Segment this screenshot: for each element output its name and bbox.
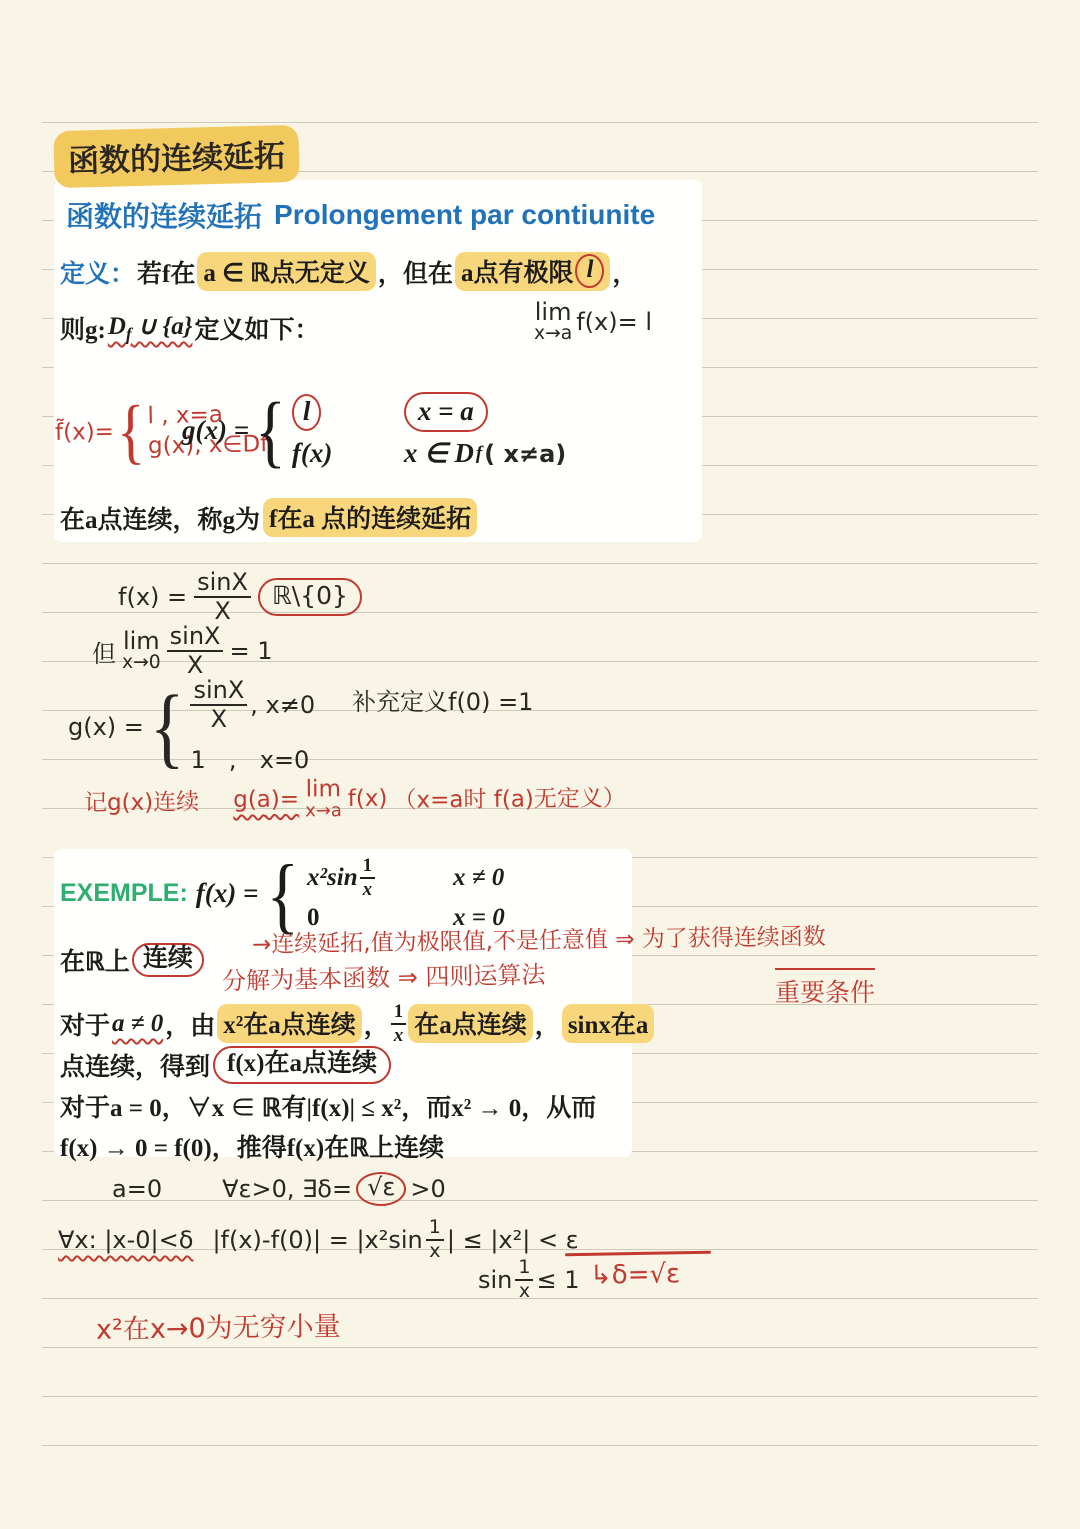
definition-highlight2: a点有极限 l [455, 252, 610, 291]
g-case1-fraction: sinX X [190, 678, 247, 732]
exemple-lhs: f(x) = [196, 878, 259, 909]
printed-piecewise-lhs: g(x) = [182, 415, 249, 446]
printed-case2-value: f(x) [292, 438, 404, 469]
limit-op-sub: x→a [534, 325, 572, 344]
g-piecewise: g(x) = { sinX X , x≠0 1ㅤ,ㅤx=0 [68, 678, 315, 775]
g-case2: 1ㅤ,ㅤx=0 [190, 740, 315, 775]
exemple-frac-den: x [363, 879, 373, 900]
g-piecewise-lhs: g(x) = [68, 713, 144, 741]
proof-a0: a=0 [112, 1175, 162, 1203]
g-case1: sinX X , x≠0 [190, 678, 315, 732]
red-note-f: f(x) [348, 786, 388, 812]
conclusion-a-line: 点连续，得到 f(x)在a点连续 [60, 1046, 391, 1084]
proof-line2: ∀x: |x-0|<δ |f(x)-f(0)| = |x²sin 1 x | ≤… [58, 1218, 579, 1262]
a-nonzero-seg1: 对于 [60, 1006, 110, 1042]
definition-line2-seg1: 则g: [60, 310, 106, 346]
l-circled: l [292, 394, 322, 431]
sinc-limit-value: = 1 [229, 637, 272, 665]
red-note-lim-op: lim [306, 778, 341, 801]
sin-bound-sin: sin [478, 1266, 512, 1294]
continuous-on-R: 在ℝ上 连续 [60, 942, 204, 978]
red-annotation-important: 重要条件 [775, 968, 875, 1009]
definition-label: 定义： [60, 254, 135, 290]
a-nonzero-frac-num: 1 [391, 1002, 407, 1025]
domain-union-underlined: Df ∪ {a} [108, 311, 193, 345]
definition-line2-seg2: 定义如下： [194, 310, 319, 346]
proof-wavy: ∀x: |x-0|<δ [58, 1226, 193, 1254]
proof-fraction: 1 x [426, 1218, 444, 1262]
notebook-page: 函数的连续延拓 函数的连续延拓 Prolongement par contiun… [0, 0, 1080, 1529]
definition-seg1: 若f在 [137, 254, 195, 290]
sin-bound-line: sin 1 x ≤ 1 [478, 1258, 580, 1302]
red-note-ga: g(a)= [233, 786, 299, 813]
g-case1-cond: , x≠0 [250, 691, 315, 719]
printed-piecewise: g(x) = { l x = a f(x) x ∈ Df ( x≠a) [182, 392, 566, 469]
heading-fr: Prolongement par contiunite [274, 199, 655, 231]
domain-union: ∪ {a} [132, 313, 193, 340]
limit-note: lim x→a f(x)= l [534, 300, 652, 344]
sin-bound-fraction: 1 x [515, 1258, 533, 1302]
sinc-lhs: f(x) = [118, 583, 187, 611]
page-title-highlight: 函数的连续延拓 [53, 125, 299, 188]
printed-piecewise-brace: { [255, 391, 286, 471]
sqrt-eps-circled: √ε [356, 1172, 406, 1206]
sin-bound-num: 1 [515, 1258, 533, 1281]
proof-frac-num: 1 [426, 1218, 444, 1241]
definition-highlight2-text: a点有极限 [461, 253, 574, 289]
definition-comma: ， [612, 254, 637, 290]
exemple-case1-value: x²sin 1 x [307, 856, 453, 900]
a-nonzero-frac-den: x [394, 1025, 404, 1046]
sinc-definition: f(x) = sinX X ℝ\{0} [118, 570, 362, 624]
conclusion-seg1: 在a点连续，称g为 [60, 500, 260, 536]
proof-line1: a=0 ∀ε>0, ∃δ= √ε >0 [112, 1172, 446, 1206]
g-piecewise-rows: sinX X , x≠0 1ㅤ,ㅤx=0 [190, 678, 315, 775]
sinc-limit-line: 但 lim x→0 sinX X = 1 [92, 624, 272, 678]
definition-line1: 定义： 若f在 a ∈ ℝ点无定义 ，但在 a点有极限 l ， [60, 252, 637, 291]
sin-bound-den: x [519, 1281, 530, 1302]
sinc-lim-sub: x→0 [122, 654, 161, 673]
exemple-x2sin: x²sin [307, 864, 358, 892]
a-nonzero-highlight1: x²在a点连续 [217, 1004, 362, 1043]
exemple-frac: 1 x [360, 856, 376, 900]
exemple-brace: { [266, 851, 299, 936]
printed-case1-value: l [292, 394, 404, 431]
exemple-label: EXEMPLE: [60, 879, 188, 908]
sinc-denominator: X [214, 598, 230, 624]
proof-mid1: |f(x)-f(0)| = |x²sin [212, 1226, 422, 1254]
sinc-domain-circled: ℝ\{0} [258, 578, 362, 616]
conclusion-a-seg1: 点连续，得到 [60, 1047, 210, 1083]
limit-expression: f(x)= l [576, 308, 652, 336]
definition-highlight1: a ∈ ℝ点无定义 [197, 252, 376, 291]
red-annotation-decompose: 分解为基本函数 ⇒ 四则运算法 [222, 955, 546, 997]
but-word: 但 [92, 634, 116, 669]
continuous-circled: 连续 [132, 943, 204, 978]
case2-condition-printed: x ∈ D [404, 438, 474, 469]
red-continuity-note: 记g(x)连续 g(a)= lim x→a f(x) （x=a时 f(a)无定义… [84, 776, 626, 823]
case2-condition: x ∈ Df ( x≠a) [404, 438, 566, 469]
sinc-fraction2: sinX X [167, 624, 224, 678]
proof-eps2: >0 [410, 1175, 445, 1203]
proof-mid2: | ≤ |x²| < ε [447, 1226, 579, 1254]
sinc-lim-op: lim [123, 629, 160, 653]
fx-continuous-circled: f(x)在a点连续 [213, 1046, 391, 1084]
g-case1-den: X [211, 706, 227, 732]
limit-op-text: lim [535, 300, 572, 324]
domain-D: D [108, 313, 126, 340]
heading-zh: 函数的连续延拓 [66, 195, 262, 235]
limit-letter-circled: l [575, 254, 604, 289]
a-nonzero-seg4: ， [535, 1006, 560, 1042]
limit-operator: lim x→a [534, 300, 572, 344]
red-note-limit: lim x→a [305, 778, 342, 820]
case2-condition-handwritten: ( x≠a) [484, 440, 566, 468]
page-title-text: 函数的连续延拓 [68, 138, 286, 180]
definition-seg2: ，但在 [378, 254, 453, 290]
supplement-note: 补充定义f(0) =1 [352, 682, 533, 717]
final-conclusion-line: f(x) → 0 = f(0)，推得f(x)在ℝ上连续 [60, 1128, 444, 1164]
proof-eps1: ∀ε>0, ∃δ= [222, 1175, 352, 1203]
a-nonzero-seg3: ， [364, 1006, 389, 1042]
red-piecewise-brace: { [116, 395, 145, 468]
red-note-paren: （x=a时 f(a)无定义） [393, 780, 626, 815]
infinitesimal-note: x²在x→0为无穷小量 [96, 1304, 341, 1346]
a-nonzero-wavy: a ≠ 0 [112, 1010, 163, 1038]
a-nonzero-highlight3: sinx在a [562, 1004, 655, 1043]
case-a-zero-line: 对于a = 0，∀x ∈ ℝ有|f(x)| ≤ x²，而x² → 0，从而 [60, 1088, 596, 1124]
continuous-on-R-text: 在ℝ上 [60, 942, 130, 978]
printed-piecewise-grid: l x = a f(x) x ∈ Df ( x≠a) [292, 392, 566, 469]
red-piecewise-lhs: f̃(x)= [55, 419, 114, 446]
sinc-limit-operator: lim x→0 [122, 629, 161, 673]
red-note-seg1: 记g(x)连续 [84, 784, 199, 818]
definition-conclusion: 在a点连续，称g为 f在a 点的连续延拓 [60, 498, 477, 537]
section-heading: 函数的连续延拓 Prolongement par contiunite [66, 195, 655, 235]
definition-line2: 则g: Df ∪ {a} 定义如下： [60, 310, 319, 346]
conclusion-highlight: f在a 点的连续延拓 [263, 498, 477, 537]
exemple-case1-cond: x ≠ 0 [453, 864, 505, 892]
a-nonzero-fraction: 1 x [391, 1002, 407, 1046]
sin-bound-leq: ≤ 1 [536, 1266, 579, 1294]
sinc-numerator: sinX [194, 570, 251, 598]
g-case1-num: sinX [190, 678, 247, 706]
case1-condition-circled: x = a [404, 392, 488, 432]
red-note-lim-sub: x→a [305, 802, 342, 820]
a-nonzero-highlight2: 在a点连续 [408, 1004, 533, 1043]
delta-choice: ↳δ=√ε [590, 1259, 681, 1291]
g-piecewise-brace: { [150, 682, 185, 772]
sinc-denominator2: X [187, 652, 203, 678]
sinc-fraction: sinX X [194, 570, 251, 624]
sinc-numerator2: sinX [167, 624, 224, 652]
page-title: 函数的连续延拓 [53, 125, 299, 188]
exemple-grid: x²sin 1 x x ≠ 0 0 x = 0 [307, 856, 505, 932]
proof-frac-den: x [429, 1241, 440, 1262]
a-nonzero-seg2: ，由 [165, 1006, 215, 1042]
exemple-frac-num: 1 [360, 856, 376, 879]
case-a-nonzero-line: 对于 a ≠ 0 ，由 x²在a点连续 ， 1 x 在a点连续 ， sinx在a [60, 1002, 654, 1046]
exemple-formula: EXEMPLE: f(x) = { x²sin 1 x x ≠ 0 0 x = … [60, 856, 505, 932]
case2-condition-sub: f [476, 443, 482, 465]
